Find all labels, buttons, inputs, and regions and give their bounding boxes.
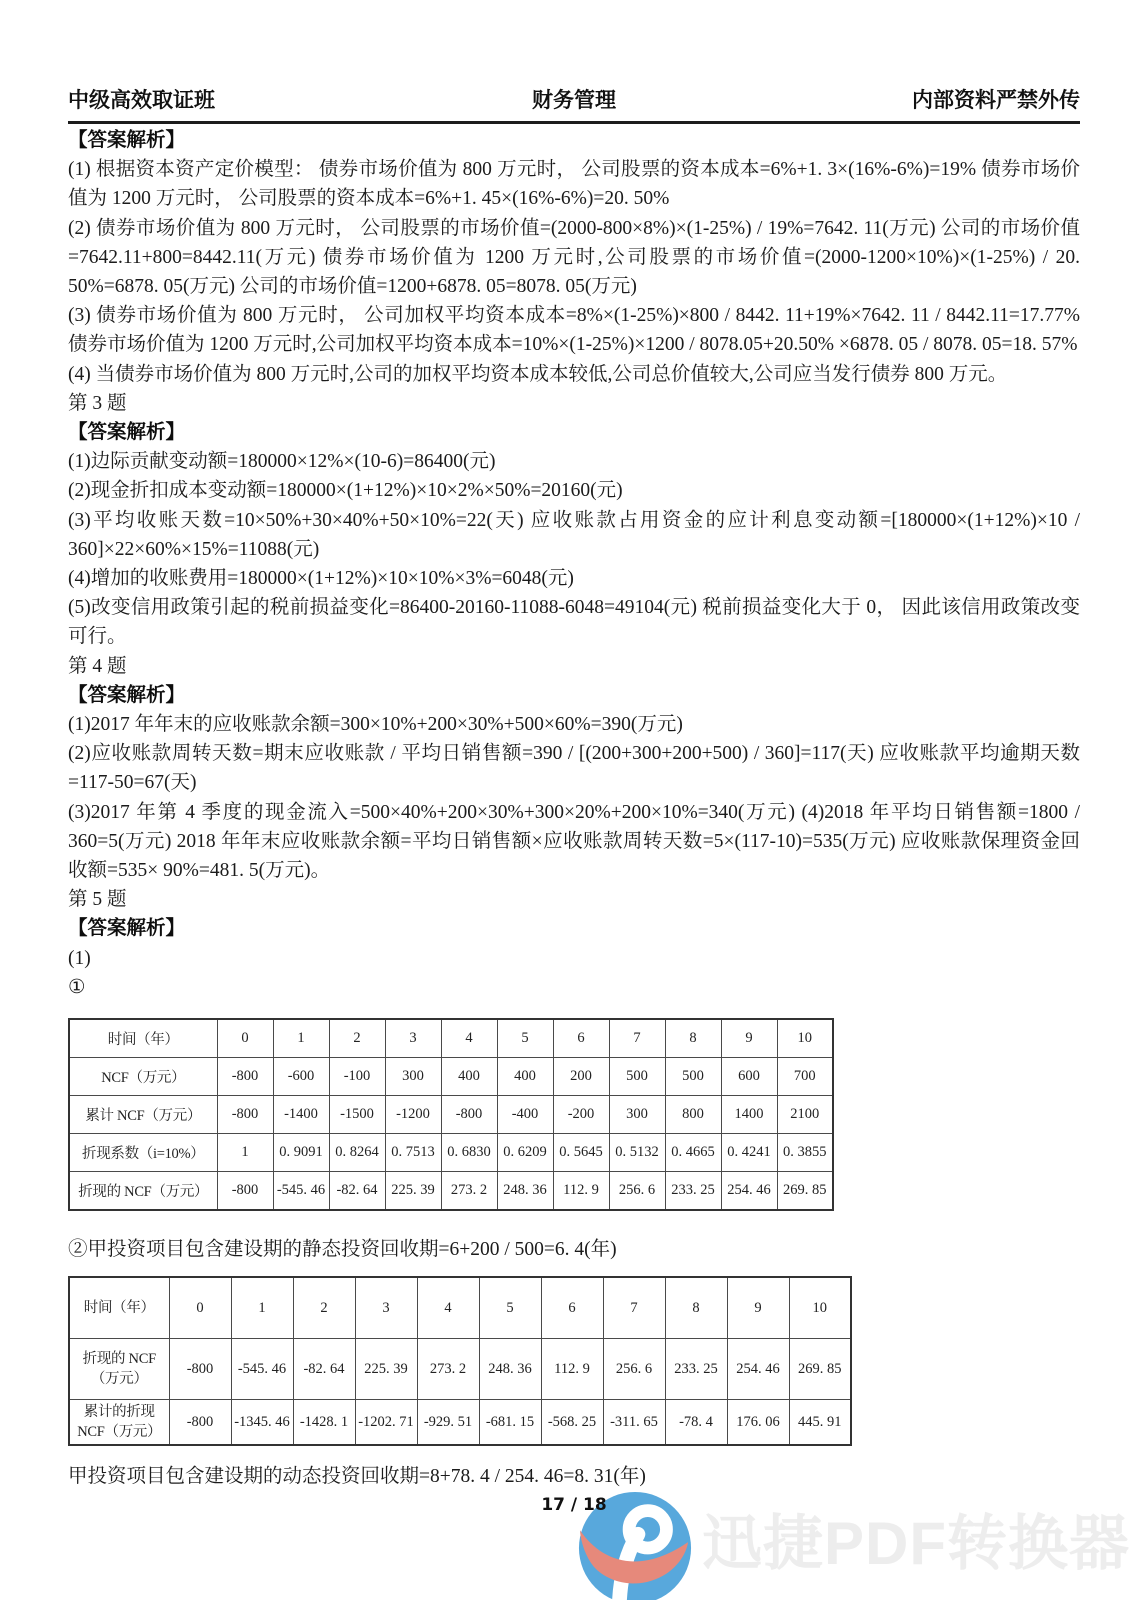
value-cell: 4 — [417, 1277, 479, 1339]
value-cell: 1 — [231, 1277, 293, 1339]
page-header: 中级高效取证班 财务管理 内部资料严禁外传 — [68, 0, 1080, 114]
value-cell: -1345. 46 — [231, 1400, 293, 1446]
value-cell: -200 — [553, 1096, 609, 1134]
value-cell: 254. 46 — [727, 1339, 789, 1400]
value-cell: 248. 36 — [497, 1172, 553, 1211]
header-course-title: 中级高效取证班 — [68, 84, 405, 114]
value-cell: 256. 6 — [609, 1172, 665, 1211]
table-row: 累计的折现 NCF（万元）-800-1345. 46-1428. 1-1202.… — [69, 1400, 851, 1446]
value-cell: 1 — [217, 1134, 273, 1172]
value-cell: 3 — [355, 1277, 417, 1339]
value-cell: -545. 46 — [231, 1339, 293, 1400]
paragraph: (4)增加的收账费用=180000×(1+12%)×10×10%×3%=6048… — [68, 564, 1080, 593]
table-row: 时间（年）012345678910 — [69, 1277, 851, 1339]
value-cell: 269. 85 — [789, 1339, 851, 1400]
answer-explanations: 【答案解析】(1) 根据资本资产定价模型： 债券市场价值为 800 万元时， 公… — [68, 126, 1080, 1002]
paragraph: (3)平均收账天数=10×50%+30×40%+50×10%=22(天) 应收账… — [68, 506, 1080, 564]
page-content: 中级高效取证班 财务管理 内部资料严禁外传 【答案解析】(1) 根据资本资产定价… — [0, 0, 1131, 1515]
value-cell: -929. 51 — [417, 1400, 479, 1446]
value-cell: -311. 65 — [603, 1400, 665, 1446]
value-cell: 500 — [665, 1058, 721, 1096]
value-cell: 112. 9 — [541, 1339, 603, 1400]
value-cell: 500 — [609, 1058, 665, 1096]
value-cell: -600 — [273, 1058, 329, 1096]
document-page: 迅捷PDF转换器 中级高效取证班 财务管理 内部资料严禁外传 【答案解析】(1)… — [0, 0, 1131, 1600]
value-cell: 225. 39 — [385, 1172, 441, 1211]
header-subject-title: 财务管理 — [405, 84, 742, 114]
value-cell: 0 — [217, 1019, 273, 1058]
value-cell: 5 — [479, 1277, 541, 1339]
value-cell: 1 — [273, 1019, 329, 1058]
static-payback-text: ②甲投资项目包含建设期的静态投资回收期=6+200 / 500=6. 4(年) — [68, 1233, 1080, 1261]
value-cell: 8 — [665, 1019, 721, 1058]
value-cell: 7 — [609, 1019, 665, 1058]
value-cell: 2 — [329, 1019, 385, 1058]
value-cell: 0. 9091 — [273, 1134, 329, 1172]
value-cell: -1428. 1 — [293, 1400, 355, 1446]
value-cell: 10 — [777, 1019, 833, 1058]
value-cell: -400 — [497, 1096, 553, 1134]
row-header-cell: 时间（年） — [69, 1019, 217, 1058]
value-cell: -78. 4 — [665, 1400, 727, 1446]
dynamic-payback-text: 甲投资项目包含建设期的动态投资回收期=8+78. 4 / 254. 46=8. … — [68, 1460, 1080, 1488]
value-cell: 0. 7513 — [385, 1134, 441, 1172]
paragraph: (3) 债券市场价值为 800 万元时， 公司加权平均资本成本=8%×(1-25… — [68, 301, 1080, 359]
value-cell: -800 — [169, 1339, 231, 1400]
table-row: 时间（年）012345678910 — [69, 1019, 833, 1058]
value-cell: -800 — [441, 1096, 497, 1134]
answer-heading: 【答案解析】 — [68, 914, 1080, 943]
value-cell: -681. 15 — [479, 1400, 541, 1446]
value-cell: 0. 6209 — [497, 1134, 553, 1172]
value-cell: 9 — [721, 1019, 777, 1058]
paragraph: (1)边际贡献变动额=180000×12%×(10-6)=86400(元) — [68, 447, 1080, 476]
value-cell: 200 — [553, 1058, 609, 1096]
table-row: 折现的 NCF （万元）-800-545. 46-82. 64225. 3927… — [69, 1339, 851, 1400]
value-cell: -82. 64 — [329, 1172, 385, 1211]
value-cell: -545. 46 — [273, 1172, 329, 1211]
value-cell: 0. 5132 — [609, 1134, 665, 1172]
value-cell: 273. 2 — [441, 1172, 497, 1211]
value-cell: -800 — [217, 1058, 273, 1096]
value-cell: 2100 — [777, 1096, 833, 1134]
value-cell: 300 — [609, 1096, 665, 1134]
value-cell: 233. 25 — [665, 1339, 727, 1400]
value-cell: 0. 5645 — [553, 1134, 609, 1172]
value-cell: -800 — [217, 1172, 273, 1211]
paragraph: (4) 当债券市场价值为 800 万元时,公司的加权平均资本成本较低,公司总价值… — [68, 360, 1080, 389]
ncf-discount-table: 时间（年）012345678910NCF（万元）-800-600-1003004… — [68, 1018, 834, 1211]
value-cell: -568. 25 — [541, 1400, 603, 1446]
table-row: 折现系数（i=10%）10. 90910. 82640. 75130. 6830… — [69, 1134, 833, 1172]
value-cell: 600 — [721, 1058, 777, 1096]
value-cell: 0. 4665 — [665, 1134, 721, 1172]
cumulative-discounted-ncf-table: 时间（年）012345678910折现的 NCF （万元）-800-545. 4… — [68, 1276, 852, 1446]
answer-heading: 【答案解析】 — [68, 418, 1080, 447]
value-cell: 0. 4241 — [721, 1134, 777, 1172]
answer-heading: 【答案解析】 — [68, 681, 1080, 710]
value-cell: -800 — [169, 1400, 231, 1446]
value-cell: 4 — [441, 1019, 497, 1058]
value-cell: 6 — [541, 1277, 603, 1339]
value-cell: -1400 — [273, 1096, 329, 1134]
paragraph: (1) 根据资本资产定价模型： 债券市场价值为 800 万元时， 公司股票的资本… — [68, 155, 1080, 213]
value-cell: -1200 — [385, 1096, 441, 1134]
value-cell: 700 — [777, 1058, 833, 1096]
value-cell: 300 — [385, 1058, 441, 1096]
paragraph: (2) 债券市场价值为 800 万元时， 公司股票的市场价值=(2000-800… — [68, 214, 1080, 302]
row-header-cell: 累计 NCF（万元） — [69, 1096, 217, 1134]
value-cell: -82. 64 — [293, 1339, 355, 1400]
value-cell: 400 — [441, 1058, 497, 1096]
value-cell: 8 — [665, 1277, 727, 1339]
value-cell: 10 — [789, 1277, 851, 1339]
value-cell: 0. 8264 — [329, 1134, 385, 1172]
table-row: 折现的 NCF（万元）-800-545. 46-82. 64225. 39273… — [69, 1172, 833, 1211]
value-cell: -100 — [329, 1058, 385, 1096]
value-cell: 400 — [497, 1058, 553, 1096]
value-cell: 225. 39 — [355, 1339, 417, 1400]
row-header-cell: NCF（万元） — [69, 1058, 217, 1096]
value-cell: 9 — [727, 1277, 789, 1339]
paragraph: (5)改变信用政策引起的税前损益变化=86400-20160-11088-604… — [68, 593, 1080, 651]
paragraph: 第 5 题 — [68, 885, 1080, 914]
value-cell: 0. 3855 — [777, 1134, 833, 1172]
answer-heading: 【答案解析】 — [68, 126, 1080, 155]
value-cell: -1500 — [329, 1096, 385, 1134]
value-cell: 800 — [665, 1096, 721, 1134]
value-cell: 3 — [385, 1019, 441, 1058]
paragraph: (2)现金折扣成本变动额=180000×(1+12%)×10×2%×50%=20… — [68, 476, 1080, 505]
row-header-cell: 折现的 NCF （万元） — [69, 1339, 169, 1400]
value-cell: 254. 46 — [721, 1172, 777, 1211]
value-cell: 7 — [603, 1277, 665, 1339]
row-header-cell: 时间（年） — [69, 1277, 169, 1339]
value-cell: 2 — [293, 1277, 355, 1339]
value-cell: 6 — [553, 1019, 609, 1058]
paragraph: 第 4 题 — [68, 652, 1080, 681]
value-cell: -1202. 71 — [355, 1400, 417, 1446]
paragraph: (2)应收账款周转天数=期末应收账款 / 平均日销售额=390 / [(200+… — [68, 739, 1080, 797]
paragraph: 第 3 题 — [68, 389, 1080, 418]
paragraph: (1)2017 年年末的应收账款余额=300×10%+200×30%+500×6… — [68, 710, 1080, 739]
table-row: NCF（万元）-800-600-100300400400200500500600… — [69, 1058, 833, 1096]
value-cell: 5 — [497, 1019, 553, 1058]
value-cell: 248. 36 — [479, 1339, 541, 1400]
value-cell: -800 — [217, 1096, 273, 1134]
paragraph: (1) — [68, 944, 1080, 973]
page-number: 17 / 18 — [68, 1495, 1080, 1515]
header-divider — [68, 121, 1080, 124]
row-header-cell: 折现系数（i=10%） — [69, 1134, 217, 1172]
value-cell: 0 — [169, 1277, 231, 1339]
table-row: 累计 NCF（万元）-800-1400-1500-1200-800-400-20… — [69, 1096, 833, 1134]
value-cell: 0. 6830 — [441, 1134, 497, 1172]
value-cell: 269. 85 — [777, 1172, 833, 1211]
value-cell: 176. 06 — [727, 1400, 789, 1446]
value-cell: 273. 2 — [417, 1339, 479, 1400]
paragraph: ① — [68, 973, 1080, 1002]
row-header-cell: 折现的 NCF（万元） — [69, 1172, 217, 1211]
value-cell: 112. 9 — [553, 1172, 609, 1211]
value-cell: 233. 25 — [665, 1172, 721, 1211]
row-header-cell: 累计的折现 NCF（万元） — [69, 1400, 169, 1446]
value-cell: 256. 6 — [603, 1339, 665, 1400]
paragraph: (3)2017 年第 4 季度的现金流入=500×40%+200×30%+300… — [68, 798, 1080, 886]
value-cell: 445. 91 — [789, 1400, 851, 1446]
header-confidential-notice: 内部资料严禁外传 — [743, 84, 1080, 114]
value-cell: 1400 — [721, 1096, 777, 1134]
